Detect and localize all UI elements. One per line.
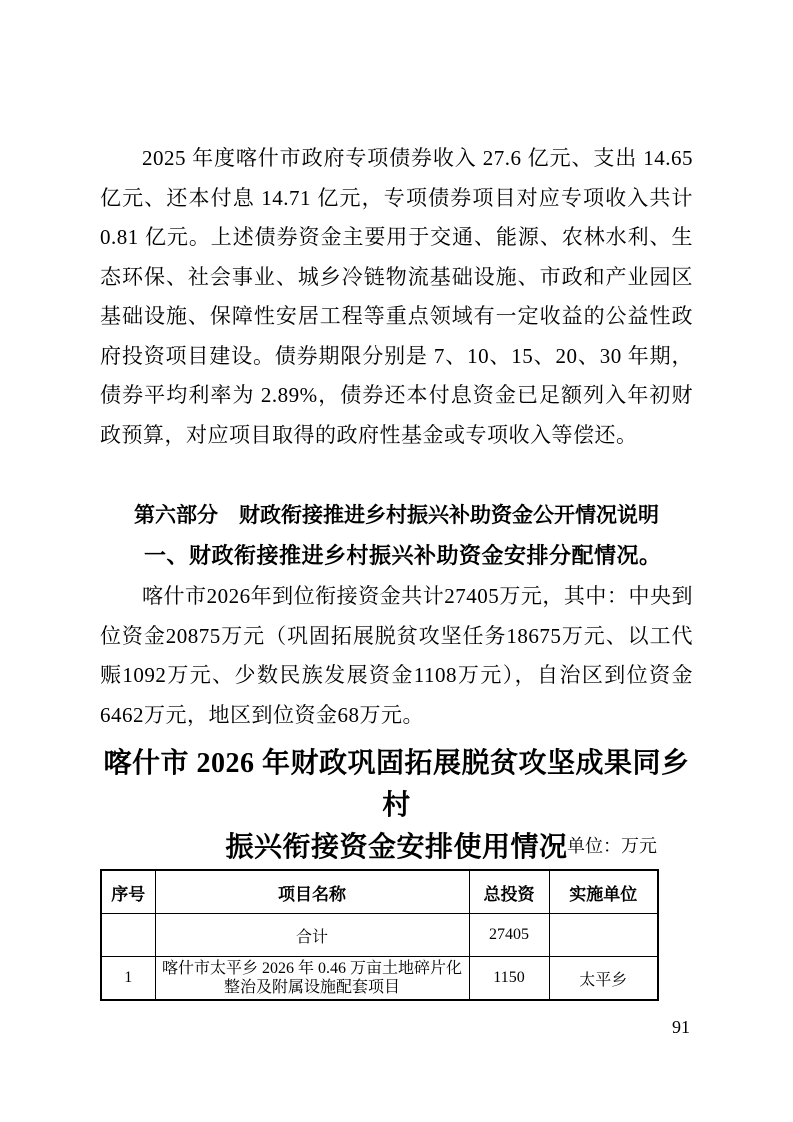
- fund-table: 序号 项目名称 总投资 实施单位 合计 27405 1 喀什市太平乡 2026 …: [100, 869, 659, 1001]
- header-implementing-unit: 实施单位: [549, 870, 658, 914]
- bond-revenue-paragraph: 2025 年度喀什市政府专项债券收入 27.6 亿元、支出 14.65 亿元、还…: [100, 139, 693, 455]
- fund-allocation-subheading: 一、财政衔接推进乡村振兴补助资金安排分配情况。: [100, 541, 693, 571]
- header-project-name: 项目名称: [155, 870, 469, 914]
- cell-project-name: 合计: [155, 914, 469, 957]
- cell-seq: 1: [101, 957, 155, 1001]
- fund-allocation-paragraph: 喀什市2026年到位衔接资金共计27405万元，其中：中央到位资金20875万元…: [100, 577, 693, 735]
- header-seq: 序号: [101, 870, 155, 914]
- part-six-heading: 第六部分 财政衔接推进乡村振兴补助资金公开情况说明: [100, 502, 693, 530]
- document-page: 2025 年度喀什市政府专项债券收入 27.6 亿元、支出 14.65 亿元、还…: [0, 0, 793, 1122]
- table-header-row: 序号 项目名称 总投资 实施单位: [101, 870, 658, 914]
- cell-seq: [101, 914, 155, 957]
- header-total-investment: 总投资: [469, 870, 549, 914]
- table-row: 1 喀什市太平乡 2026 年 0.46 万亩土地碎片化整治及附属设施配套项目 …: [101, 957, 658, 1001]
- unit-label: 单位：万元: [100, 835, 657, 857]
- table-row-total: 合计 27405: [101, 914, 658, 957]
- cell-implementing-unit: 太平乡: [549, 957, 658, 1001]
- page-number: 91: [672, 1015, 690, 1039]
- fund-table-title-line1: 喀什市 2026 年财政巩固拓展脱贫攻坚成果同乡村: [100, 743, 693, 827]
- cell-project-name: 喀什市太平乡 2026 年 0.46 万亩土地碎片化整治及附属设施配套项目: [155, 957, 469, 1001]
- cell-total-investment: 27405: [469, 914, 549, 957]
- cell-implementing-unit: [549, 914, 658, 957]
- cell-total-investment: 1150: [469, 957, 549, 1001]
